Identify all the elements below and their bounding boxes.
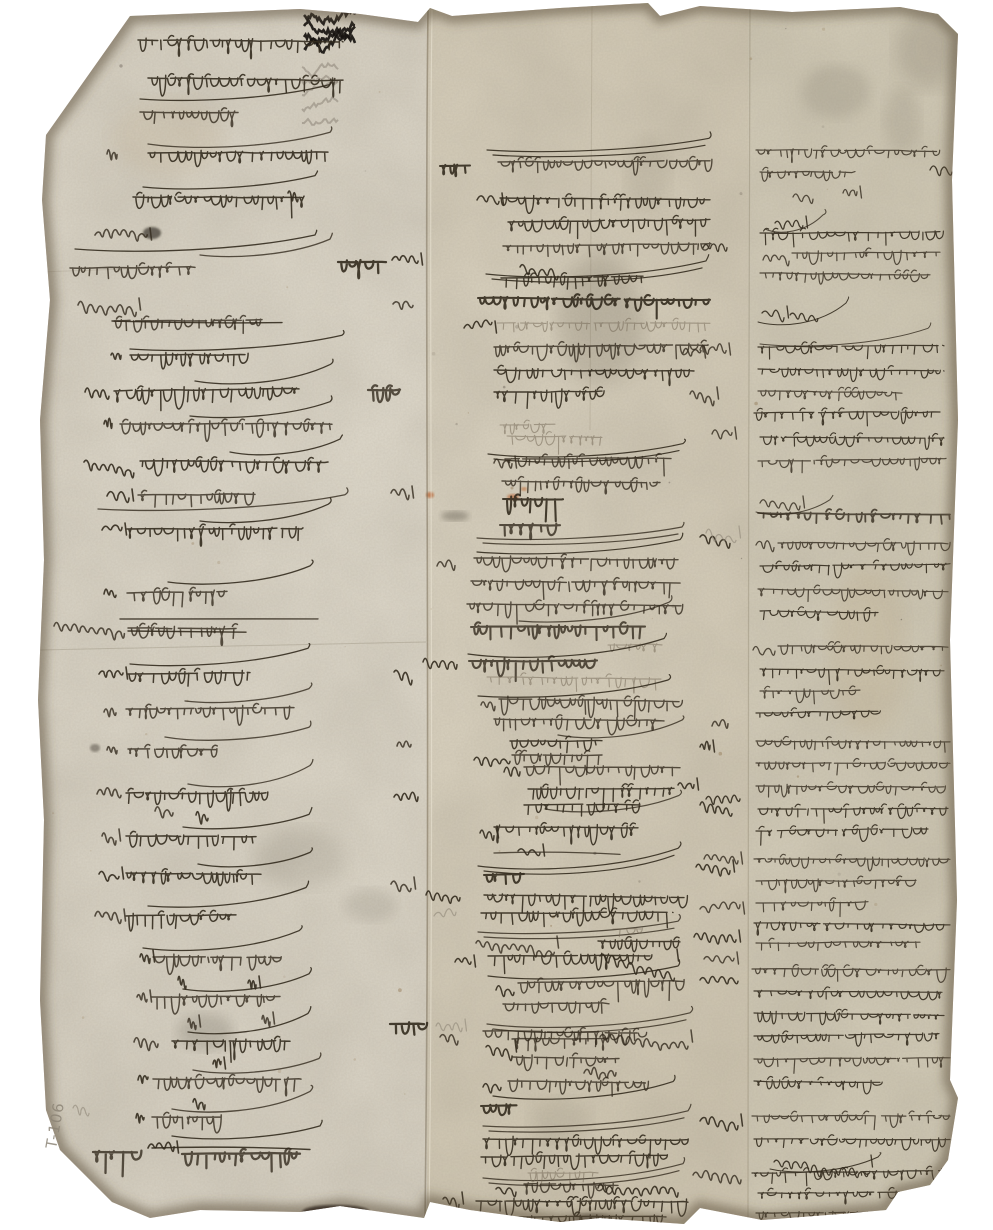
manuscript-photo: T-106	[0, 0, 993, 1230]
manuscript-canvas	[0, 0, 993, 1230]
ink-line	[8, 261, 42, 279]
